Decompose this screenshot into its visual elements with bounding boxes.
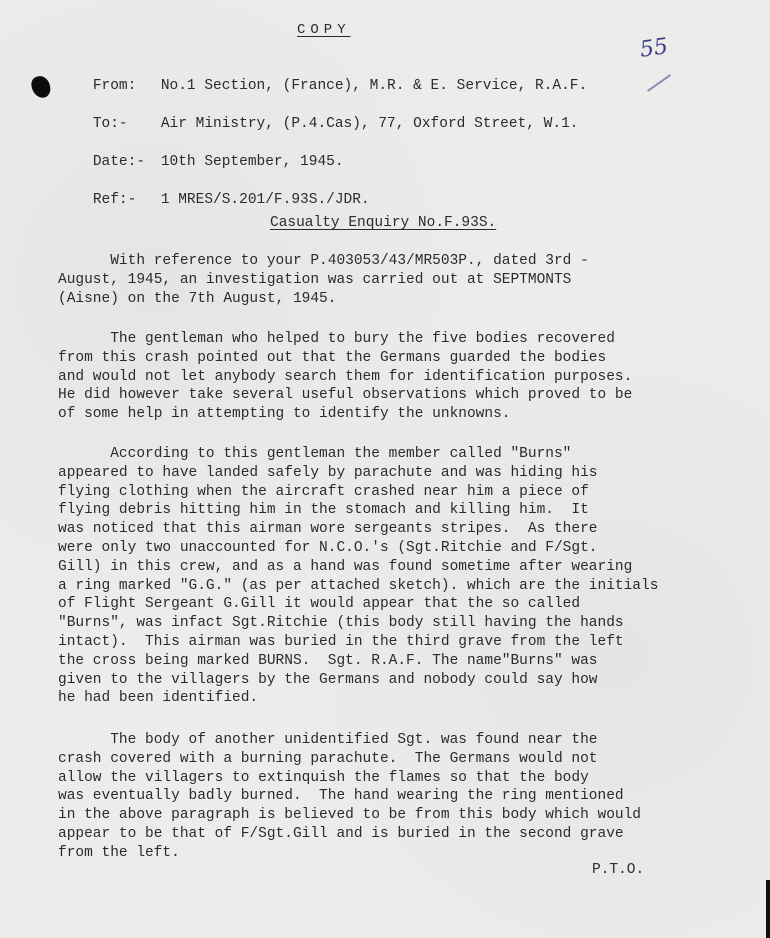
document-title: COPY — [297, 22, 351, 38]
handwritten-folio-number: 55 — [638, 34, 669, 63]
pto-footer: P.T.O. — [592, 862, 644, 878]
document-page: 55 COPY From:No.1 Section, (France), M.R… — [0, 0, 770, 938]
ref-label: Ref:- — [93, 192, 161, 208]
from-label: From: — [93, 78, 161, 94]
ref-value: 1 MRES/S.201/F.93S./JDR. — [161, 192, 370, 208]
paragraph-1: With reference to your P.403053/43/MR503… — [58, 252, 738, 308]
paragraph-3: According to this gentleman the member c… — [58, 445, 738, 708]
paragraph-2: The gentleman who helped to bury the fiv… — [58, 330, 738, 424]
page-edge-shadow — [766, 880, 770, 938]
handwritten-stroke — [647, 74, 671, 92]
date-value: 10th September, 1945. — [161, 154, 344, 170]
paragraph-4: The body of another unidentified Sgt. wa… — [58, 731, 738, 863]
from-value: No.1 Section, (France), M.R. & E. Servic… — [161, 78, 587, 94]
subject-line: Casualty Enquiry No.F.93S. — [270, 215, 496, 231]
date-label: Date:- — [93, 154, 161, 170]
to-label: To:- — [93, 116, 161, 132]
punch-hole — [29, 74, 52, 100]
to-value: Air Ministry, (P.4.Cas), 77, Oxford Stre… — [161, 116, 579, 132]
